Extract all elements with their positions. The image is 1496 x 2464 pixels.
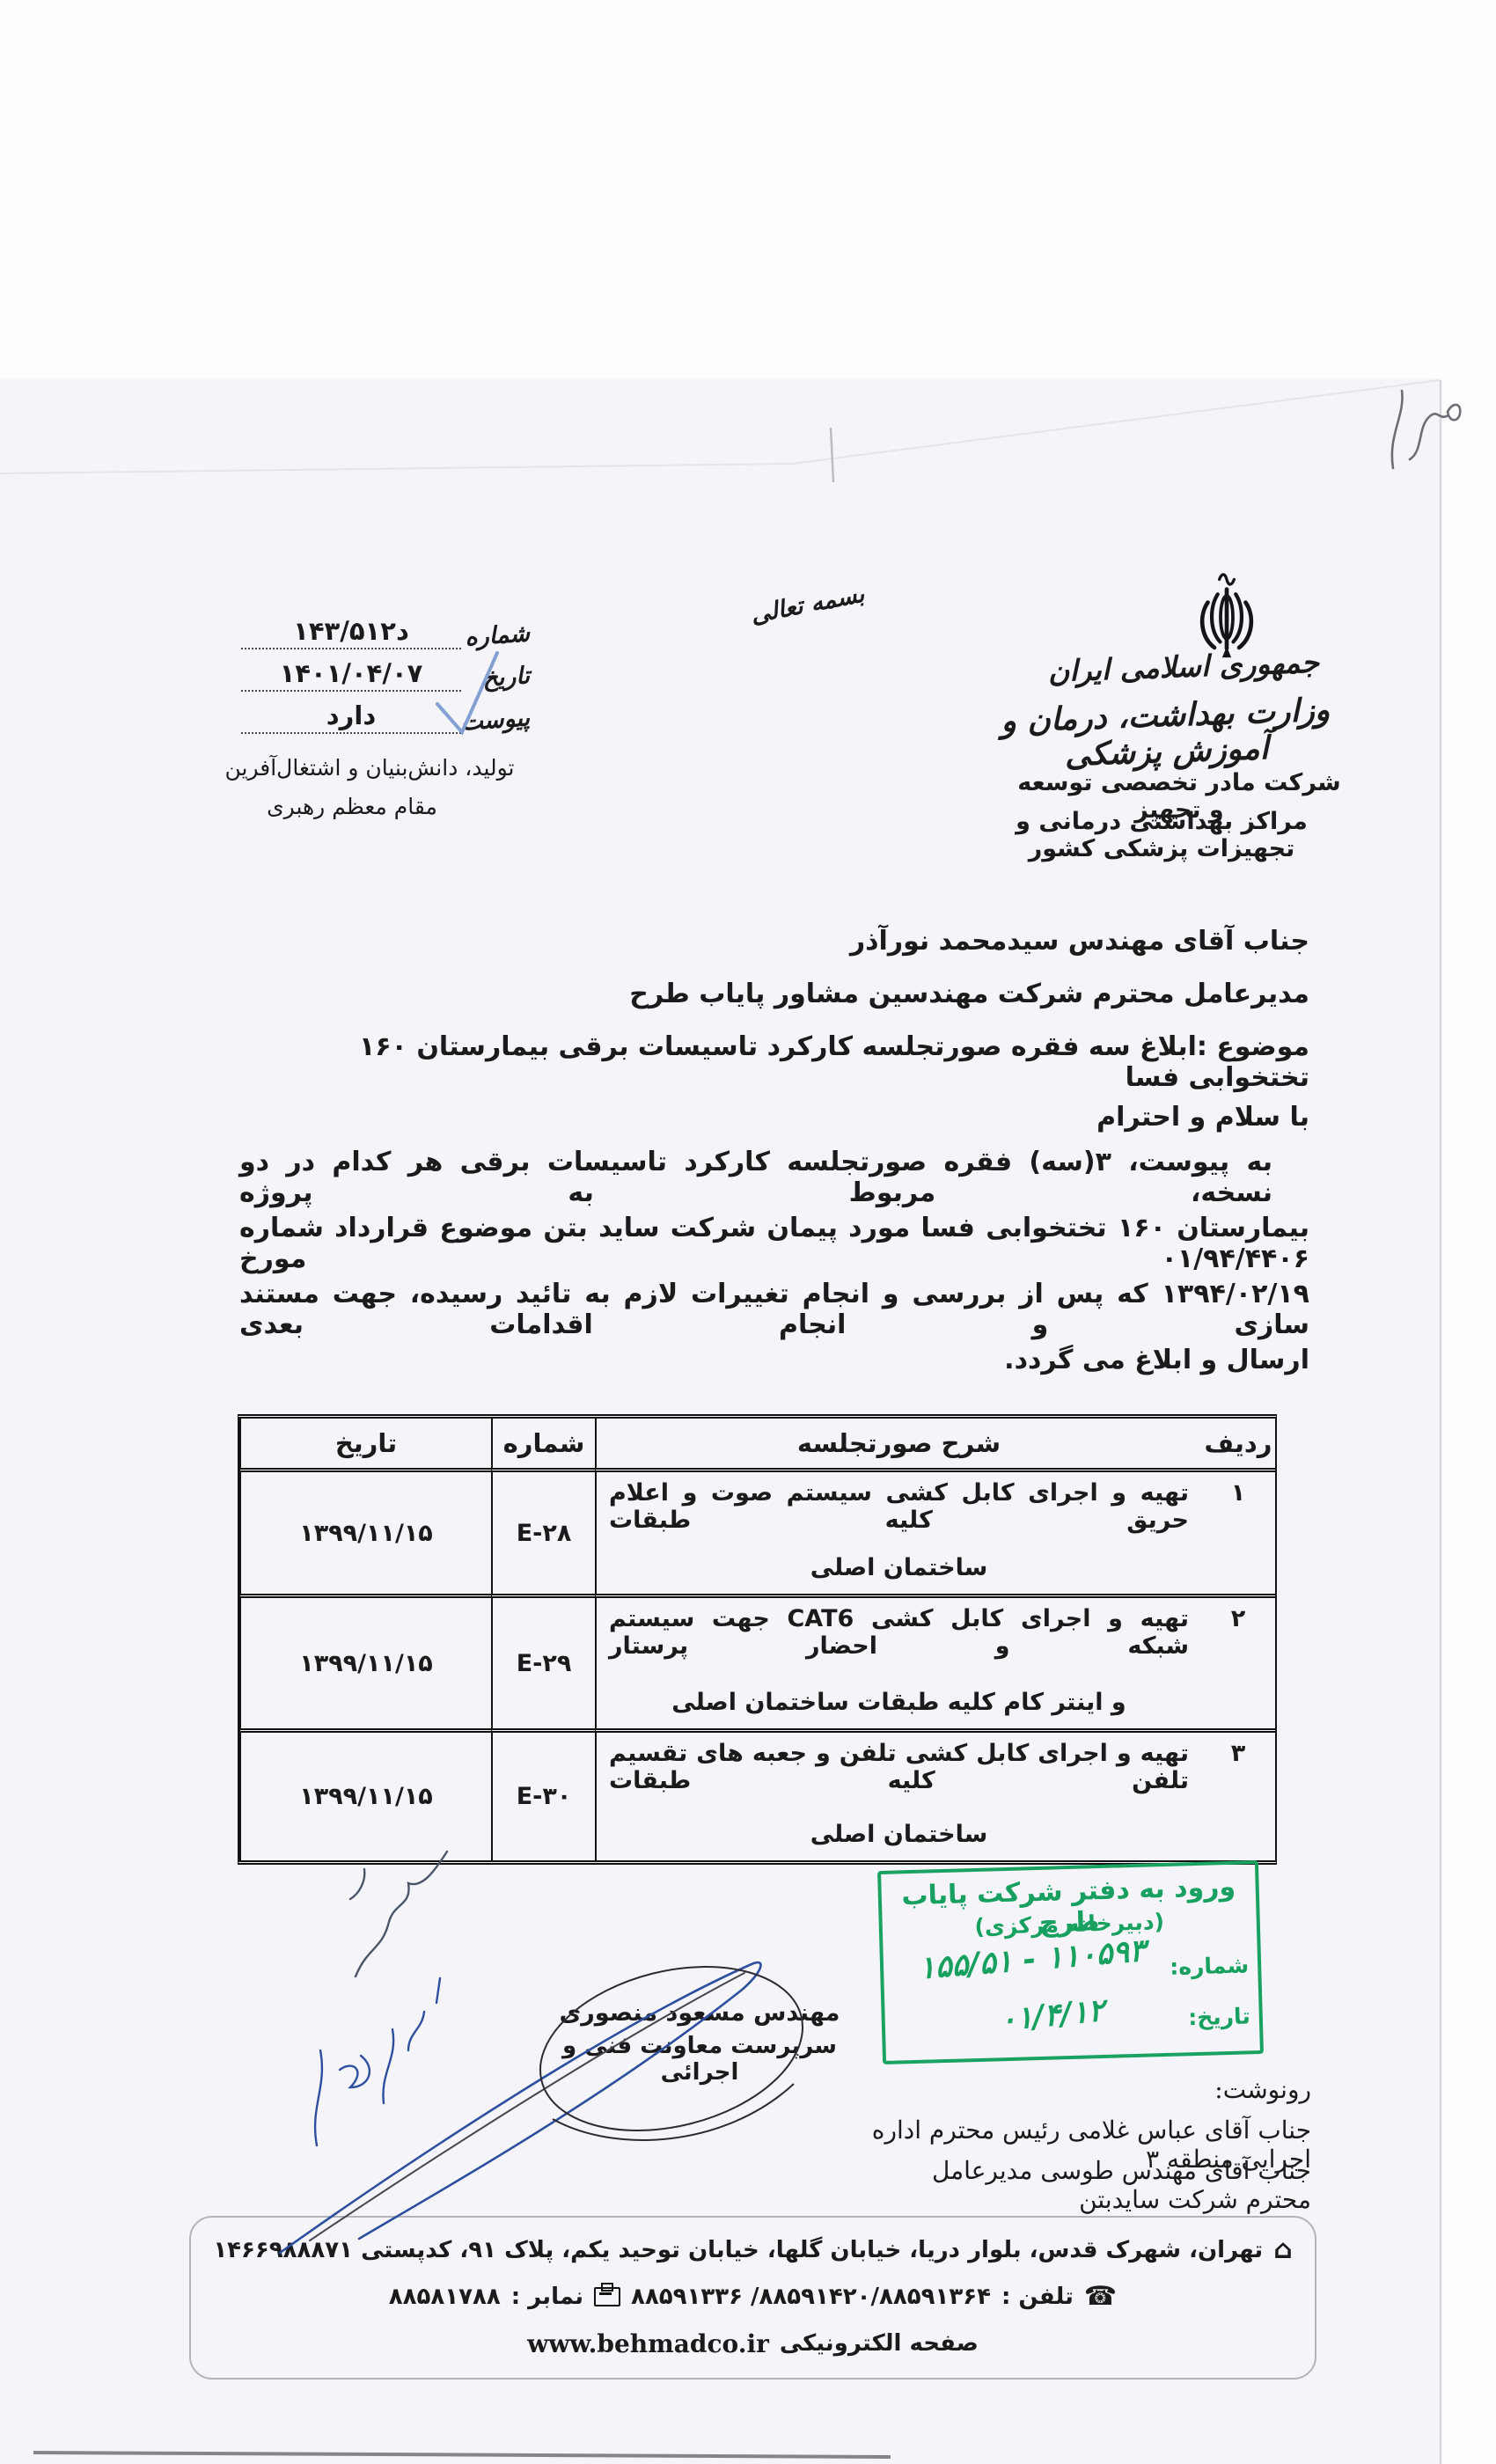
- year-slogan-line2: مقام معظم رهبری: [220, 794, 484, 819]
- description-line1: تهیه و اجرای کابل کشی تلفن و جعبه های تق…: [609, 1740, 1189, 1794]
- minutes-table: ردیف شرح صورتجلسه شماره تاریخ ۱ تهیه و ا…: [238, 1414, 1277, 1865]
- table-header-date: تاریخ: [239, 1419, 491, 1472]
- calligraphy-ministry-name: وزارت بهداشت، درمان و آموزش پزشکی: [976, 692, 1357, 777]
- ref-date-value: ۱۴۰۱/۰۴/۰۷: [241, 658, 461, 692]
- table-row-date: ۱۳۹۹/۱۱/۱۵: [239, 1733, 491, 1860]
- org-name-line2: مراکز بهداشتی درمانی و تجهیزات پزشکی کشو…: [968, 808, 1355, 862]
- footer-address-row: ⌂ تهران، شهرک قدس، بلوار دریا، خیابان گل…: [213, 2237, 1292, 2263]
- description-line2: و اینتر کام کلیه طبقات ساختمان اصلی: [609, 1689, 1189, 1716]
- ref-attachment-label: پیوست: [460, 704, 531, 736]
- table-header-rowno: ردیف: [1201, 1419, 1275, 1472]
- footer-website-row: صفحه الکترونیکی www.behmadco.ir: [527, 2329, 979, 2358]
- footer-phone-numbers: ۸۸۵۹۱۴۲۰/۸۸۵۹۱۳۶۴/ ۸۸۵۹۱۳۳۶: [631, 2284, 991, 2310]
- recipient-name: جناب آقای مهندس سیدمحمد نورآذر: [239, 926, 1309, 957]
- table-row-no: ۱: [1201, 1472, 1275, 1598]
- table-header-description: شرح صورتجلسه: [595, 1419, 1201, 1472]
- ref-date-label: تاریخ: [460, 662, 531, 693]
- letterhead-footer: ⌂ تهران، شهرک قدس، بلوار دریا، خیابان گل…: [189, 2216, 1316, 2380]
- ref-attachment-value: دارد: [241, 700, 461, 734]
- cc-label: رونوشت:: [871, 2075, 1311, 2104]
- table-row-number: E-۲۸: [491, 1472, 595, 1598]
- table-row-description: تهیه و اجرای کابل کشی CAT6 جهت سیستم شبک…: [595, 1598, 1201, 1733]
- table-row-date: ۱۳۹۹/۱۱/۱۵: [239, 1472, 491, 1598]
- ref-number-row: شماره د۱۴۳/۵۱۲: [231, 607, 530, 649]
- scanned-letter-page: بسمه تعالی جمهوری اسلامی ایران وزارت بهد…: [0, 0, 1496, 2464]
- ref-number-value: د۱۴۳/۵۱۲: [241, 616, 461, 649]
- table-row-description: تهیه و اجرای کابل کشی سیستم صوت و اعلام …: [595, 1472, 1201, 1598]
- description-line2: ساختمان اصلی: [609, 1554, 1189, 1581]
- phone-icon: ☎: [1084, 2284, 1117, 2310]
- subject-line: موضوع :ابلاغ سه فقره صورتجلسه کارکرد تاس…: [239, 1031, 1309, 1093]
- recipient-title: مدیرعامل محترم شرکت مهندسین مشاور پایاب …: [239, 979, 1309, 1009]
- footer-address: تهران، شهرک قدس، بلوار دریا، خیابان گلها…: [213, 2237, 1263, 2263]
- ref-number-label: شماره: [460, 620, 531, 651]
- footer-phone-row: ☎ تلفن : ۸۸۵۹۱۴۲۰/۸۸۵۹۱۳۶۴/ ۸۸۵۹۱۳۳۶ نما…: [389, 2284, 1118, 2310]
- footer-website-label: صفحه الکترونیکی: [780, 2330, 979, 2357]
- table-row-no: ۲: [1201, 1598, 1275, 1733]
- fax-icon: [594, 2287, 620, 2306]
- received-stamp-number-label: شماره:: [1170, 1952, 1250, 1979]
- footer-website-url[interactable]: www.behmadco.ir: [527, 2329, 769, 2358]
- table-row-description: تهیه و اجرای کابل کشی تلفن و جعبه های تق…: [595, 1733, 1201, 1860]
- table-row-number: E-۲۹: [491, 1598, 595, 1733]
- ref-block: شماره د۱۴۳/۵۱۲ تاریخ ۱۴۰۱/۰۴/۰۷ پیوست دا…: [231, 607, 530, 734]
- signatory-name: مهندس مسعود منصوری: [554, 1999, 845, 2027]
- table-row-no: ۳: [1201, 1733, 1275, 1860]
- received-stamp-date-value: ۰۱/۴/۱۲: [963, 1990, 1141, 2042]
- body-line-4: ارسال و ابلاغ می گردد.: [239, 1345, 1309, 1375]
- table-row-number: E-۳۰: [491, 1733, 595, 1860]
- table-row-date: ۱۳۹۹/۱۱/۱۵: [239, 1598, 491, 1733]
- ref-date-row: تاریخ ۱۴۰۱/۰۴/۰۷: [231, 649, 530, 692]
- received-stamp: ورود به دفتر شرکت پایاب طرح (دبیرخانه مر…: [877, 1860, 1264, 2064]
- footer-fax-label: نمابر :: [511, 2284, 583, 2310]
- body-line-1: به پیوست، ۳(سه) فقره صورتجلسه کارکرد تاس…: [239, 1147, 1309, 1208]
- table-header-number: شماره: [491, 1419, 595, 1472]
- year-slogan-line1: تولید، دانش‌بنیان و اشتغال‌آفرین: [220, 755, 519, 781]
- body-line-3: ۱۳۹۴/۰۲/۱۹ که پس از بررسی و انجام تغییرا…: [239, 1279, 1309, 1340]
- salutation: با سلام و احترام: [239, 1102, 1309, 1133]
- footer-fax-number: ۸۸۵۸۱۷۸۸: [389, 2284, 501, 2310]
- ref-attachment-row: پیوست دارد: [231, 692, 530, 734]
- description-line2: ساختمان اصلی: [609, 1821, 1189, 1848]
- description-line1: تهیه و اجرای کابل کشی سیستم صوت و اعلام …: [609, 1479, 1189, 1534]
- description-line1: تهیه و اجرای کابل کشی CAT6 جهت سیستم شبک…: [609, 1605, 1189, 1660]
- footer-phone-label: تلفن :: [1001, 2284, 1074, 2310]
- cc-line-2: جناب آقای مهندس طوسی مدیرعامل محترم شرکت…: [871, 2156, 1311, 2214]
- house-icon: ⌂: [1273, 2237, 1292, 2263]
- body-line-2: بیمارستان ۱۶۰ تختخوابی فسا مورد پیمان شر…: [239, 1213, 1309, 1274]
- received-stamp-date-label: تاریخ:: [1188, 2003, 1250, 2030]
- signatory-title: سرپرست معاونت فنی و اجرائی: [537, 2033, 862, 2086]
